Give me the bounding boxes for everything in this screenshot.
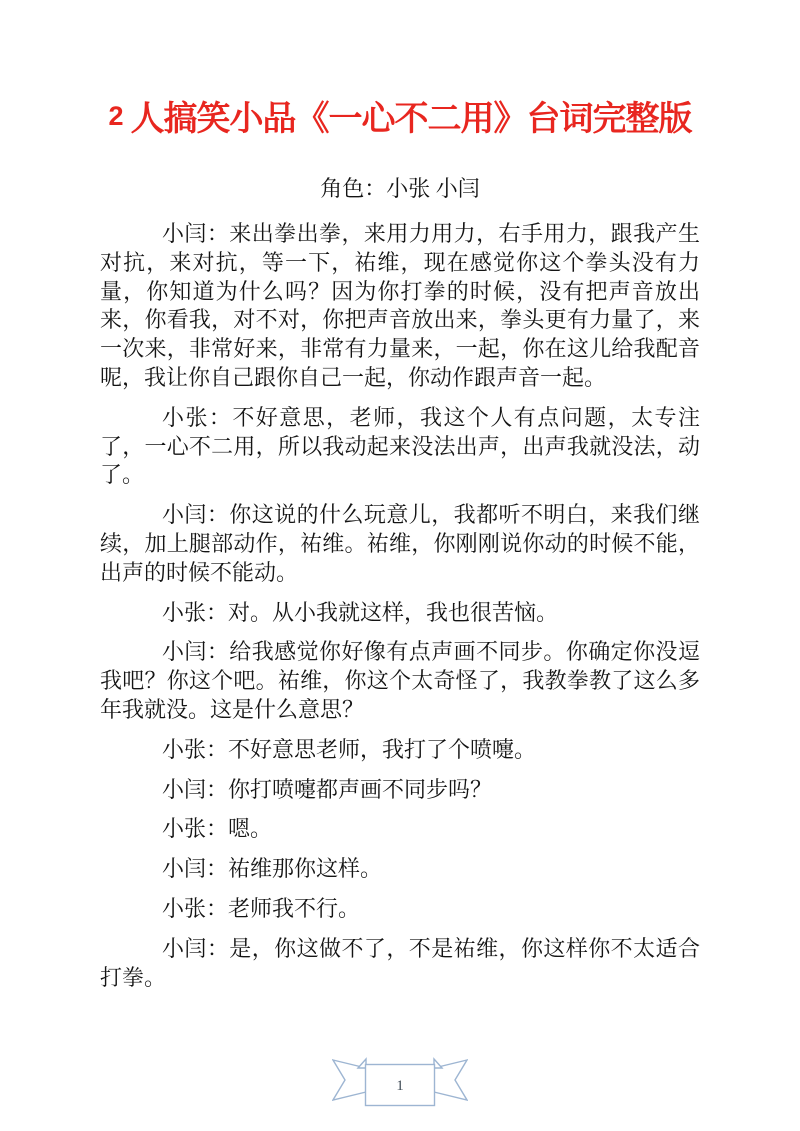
dialogue-paragraph: 小张：老师我不行。: [100, 895, 700, 924]
dialogue-paragraph: 小闫：来出拳出拳，来用力用力，右手用力，跟我产生对抗，来对抗，等一下，祐维，现在…: [100, 220, 700, 393]
dialogue-paragraph: 小闫：给我感觉你好像有点声画不同步。你确定你没逗我吧？你这个吧。祐维，你这个太奇…: [100, 638, 700, 724]
roles-subtitle: 角色：小张 小闫: [0, 176, 800, 202]
dialogue-paragraph: 小张：嗯。: [100, 815, 700, 844]
dialogue-paragraph: 小闫：祐维那你这样。: [100, 855, 700, 884]
dialogue-paragraph: 小张：不好意思，老师，我这个人有点问题，太专注了，一心不二用，所以我动起来没法出…: [100, 404, 700, 490]
script-body: 小闫：来出拳出拳，来用力用力，右手用力，跟我产生对抗，来对抗，等一下，祐维，现在…: [100, 220, 700, 992]
page-number-ribbon: 1: [332, 1056, 468, 1108]
title-text: 人搞笑小品《一心不二用》台词完整版: [131, 100, 692, 138]
dialogue-paragraph: 小闫：你打喷嚏都声画不同步吗？: [100, 776, 700, 805]
ribbon-banner-icon: 1: [332, 1056, 468, 1108]
dialogue-paragraph: 小张：不好意思老师，我打了个喷嚏。: [100, 736, 700, 765]
dialogue-paragraph: 小闫：你这说的什么玩意儿，我都听不明白，来我们继续，加上腿部动作，祐维。祐维，你…: [100, 501, 700, 587]
dialogue-paragraph: 小闫：是，你这做不了，不是祐维，你这样你不太适合打拳。: [100, 935, 700, 993]
title-number: 2: [108, 101, 123, 131]
page-number: 1: [396, 1078, 404, 1094]
document-page: 2人搞笑小品《一心不二用》台词完整版 角色：小张 小闫 小闫：来出拳出拳，来用力…: [0, 0, 800, 992]
dialogue-paragraph: 小张：对。从小我就这样，我也很苦恼。: [100, 599, 700, 628]
page-title: 2人搞笑小品《一心不二用》台词完整版: [0, 0, 800, 140]
